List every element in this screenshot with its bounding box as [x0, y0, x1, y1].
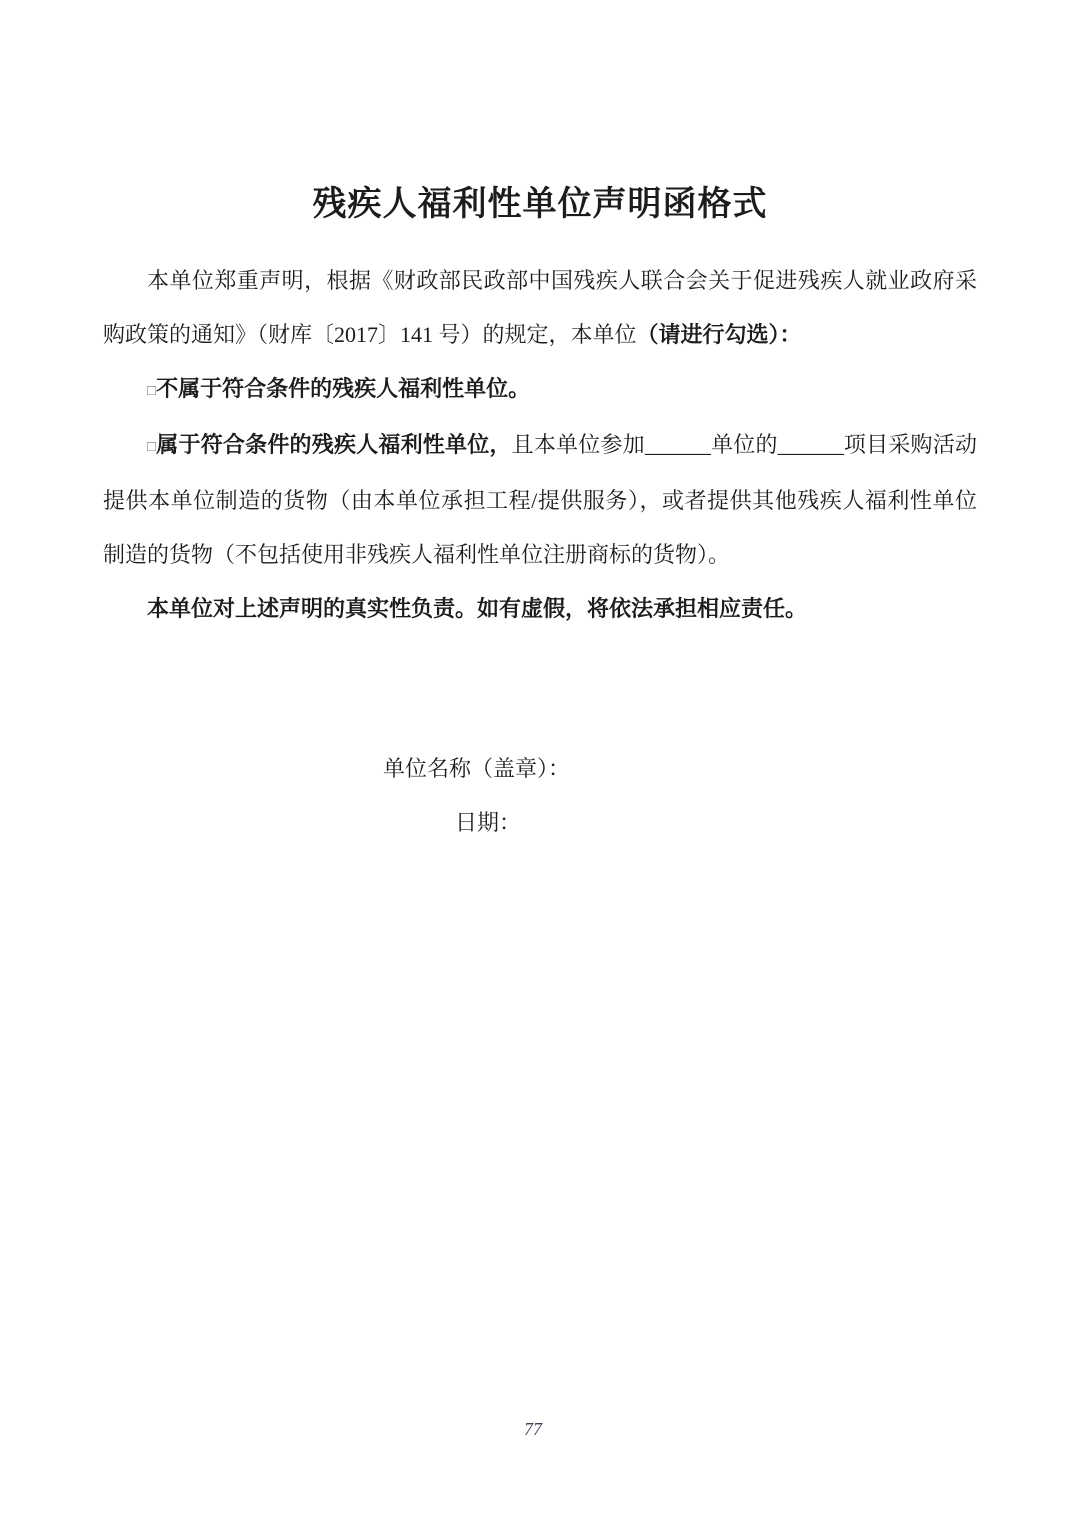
intro-bold-suffix: （请进行勾选）： [637, 322, 802, 347]
signature-block: 单位名称（盖章）： 日期： [103, 742, 977, 850]
document-page: 残疾人福利性单位声明函格式 本单位郑重声明，根据《财政部民政部中国残疾人联合会关… [0, 0, 1080, 1527]
checkbox-not-qualified-icon[interactable]: □ [147, 364, 156, 418]
page-number: 77 [0, 1419, 1066, 1440]
document-content: 残疾人福利性单位声明函格式 本单位郑重声明，根据《财政部民政部中国残疾人联合会关… [103, 0, 977, 850]
option-not-qualified: □不属于符合条件的残疾人福利性单位。 [103, 362, 977, 418]
statement-paragraph: 本单位对上述声明的真实性负责。如有虚假，将依法承担相应责任。 [103, 582, 977, 636]
blank-field-project-name[interactable]: ______ [778, 432, 844, 457]
blank-field-unit-name[interactable]: ______ [645, 432, 711, 457]
date-label: 日期： [103, 796, 977, 850]
option-qualified-text-1: 且本单位参加 [512, 432, 645, 457]
option-not-qualified-label: 不属于符合条件的残疾人福利性单位。 [156, 376, 530, 401]
option-qualified-text-2: 单位的 [711, 432, 778, 457]
option-qualified: □属于符合条件的残疾人福利性单位，且本单位参加______单位的______项目… [103, 418, 977, 582]
document-title: 残疾人福利性单位声明函格式 [103, 185, 977, 225]
intro-paragraph: 本单位郑重声明，根据《财政部民政部中国残疾人联合会关于促进残疾人就业政府采购政策… [103, 254, 977, 362]
intro-text: 本单位郑重声明，根据《财政部民政部中国残疾人联合会关于促进残疾人就业政府采购政策… [103, 268, 977, 347]
checkbox-qualified-icon[interactable]: □ [147, 420, 156, 474]
unit-name-seal-label: 单位名称（盖章）： [103, 742, 977, 796]
option-qualified-label: 属于符合条件的残疾人福利性单位， [156, 432, 512, 457]
